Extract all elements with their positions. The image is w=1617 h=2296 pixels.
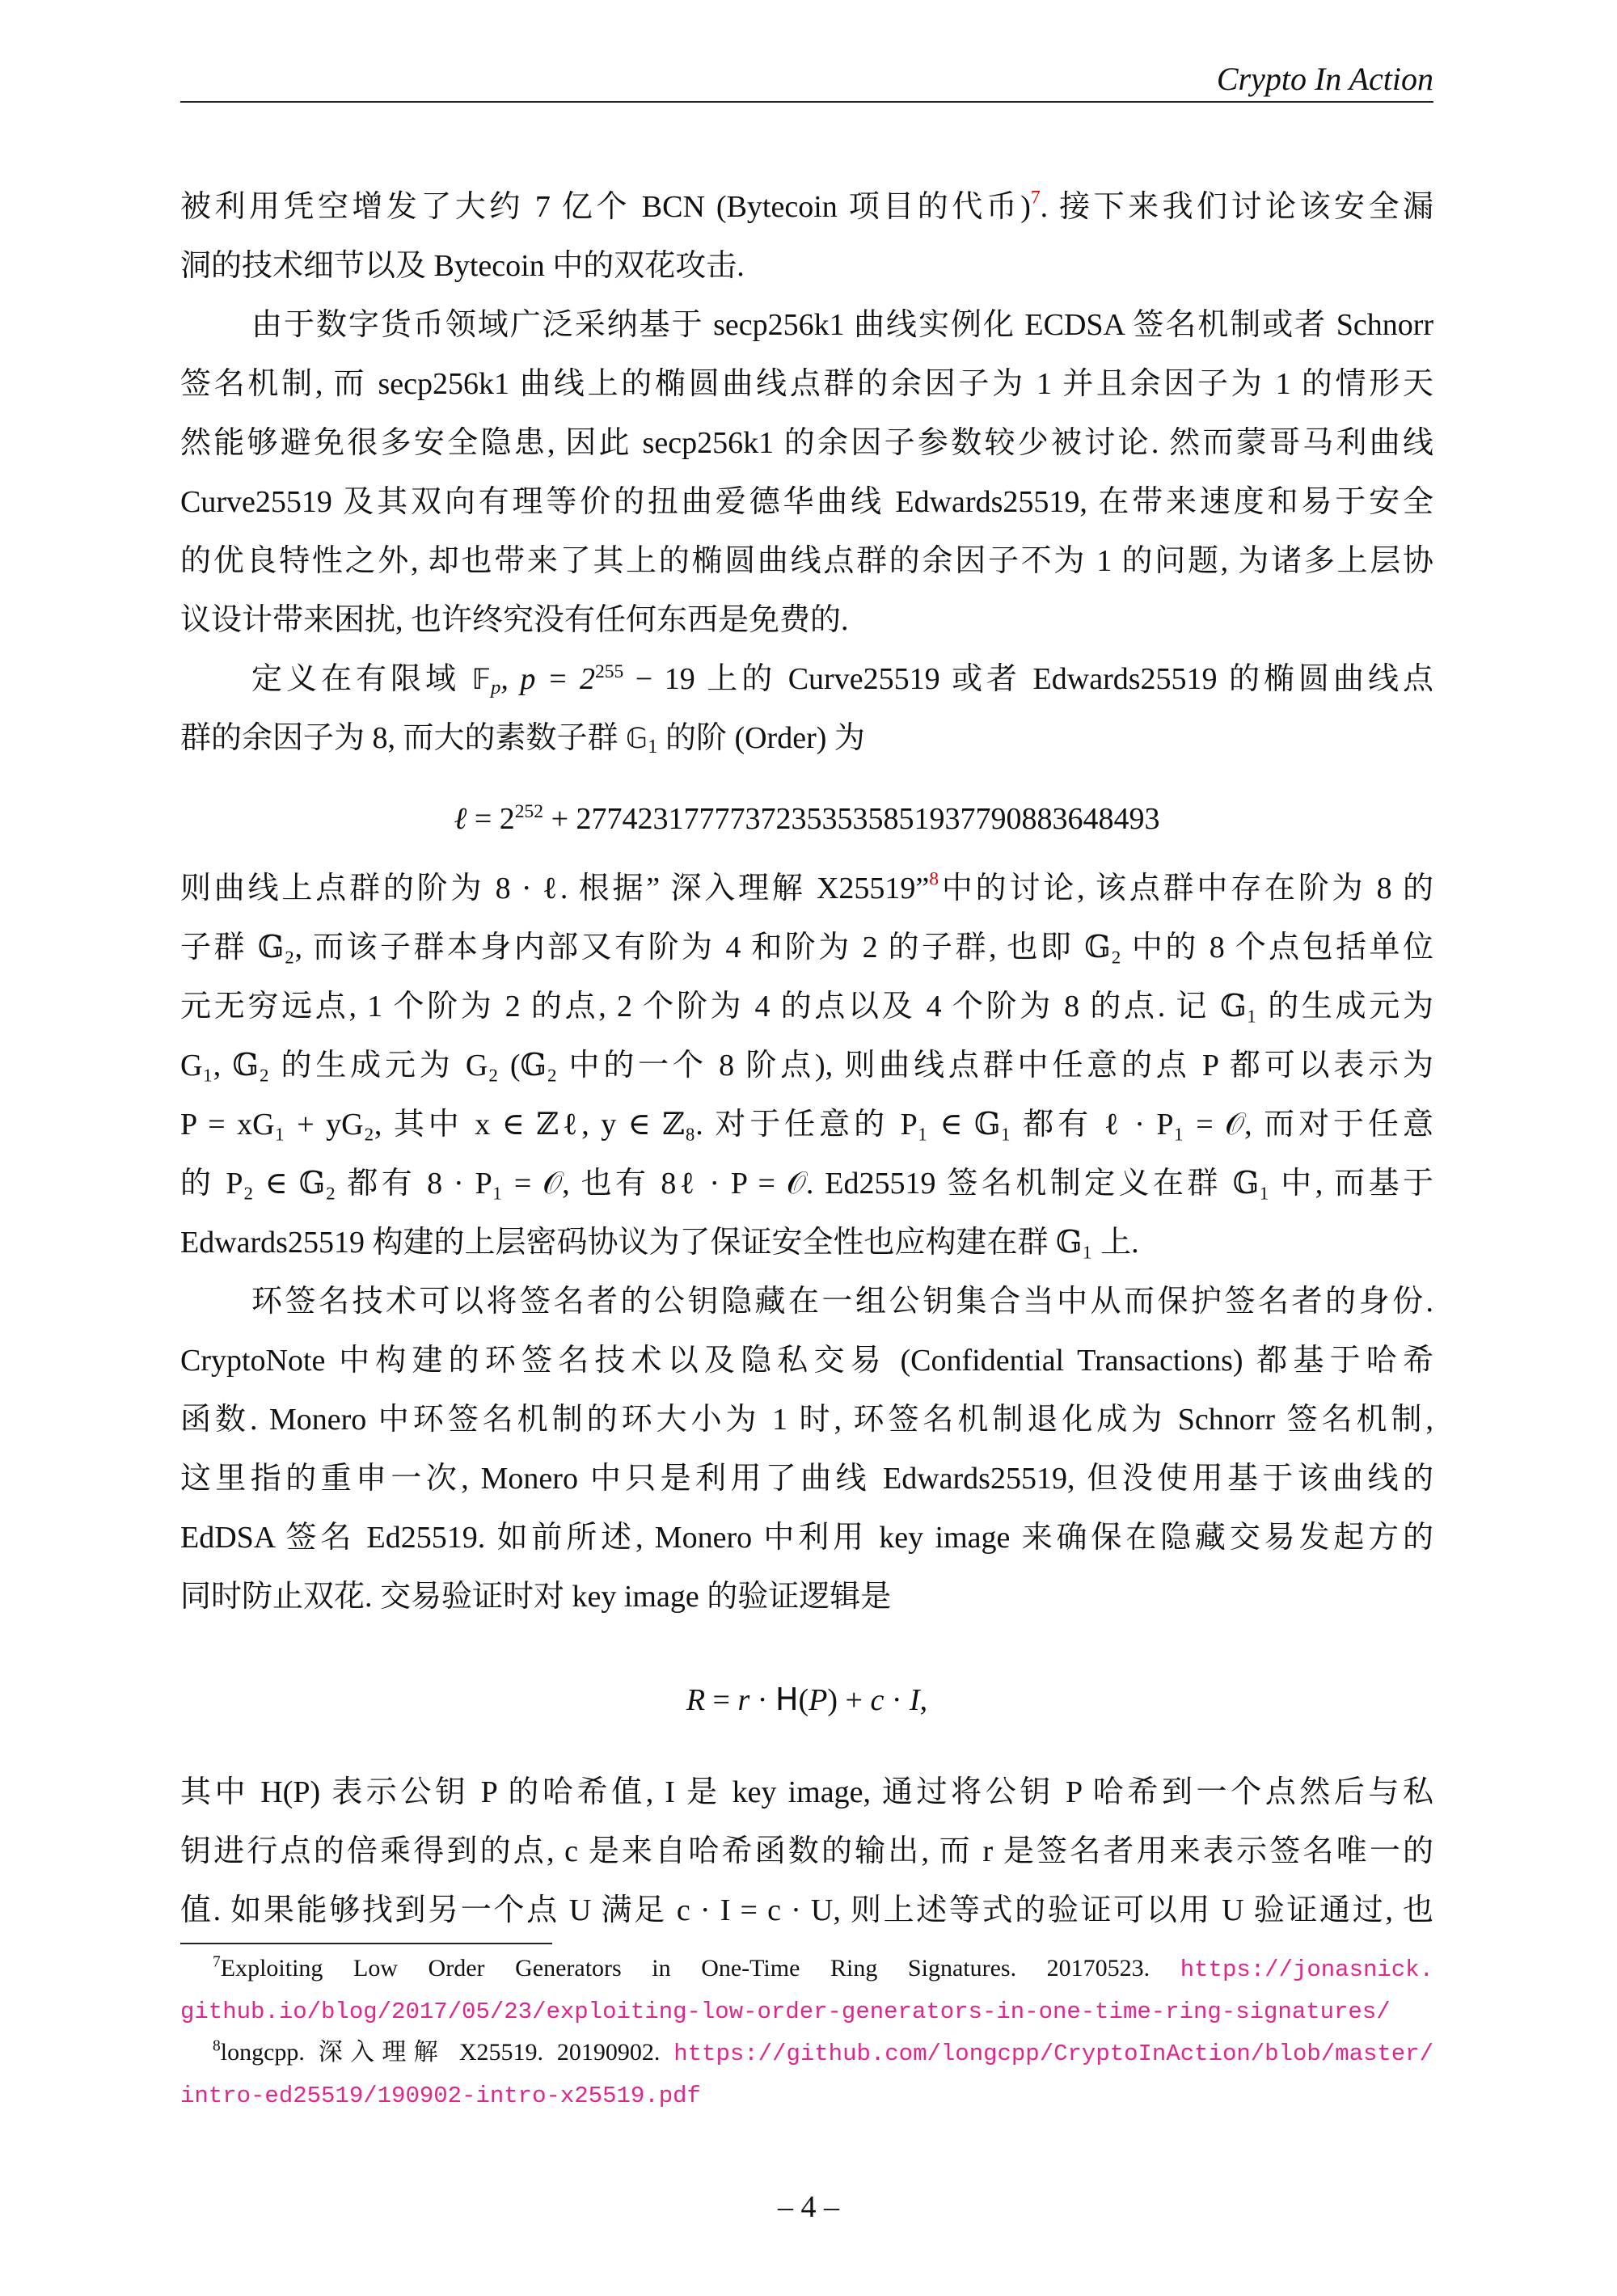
paragraph-4-line-2: 子群 𝔾₂, 而该子群本身内部又有阶为 4 和阶为 2 的子群, 也即 𝔾₂ 中… <box>180 923 1433 972</box>
math-R: R <box>686 1683 705 1717</box>
document-page: Crypto In Action 被利用凭空增发了大约 7 亿个 BCN (By… <box>0 0 1617 2296</box>
math-field-F: 𝔽 <box>471 664 491 696</box>
footnote-7-line-2: github.io/blog/2017/05/23/exploiting-low… <box>180 1992 1433 2029</box>
footnote-ref-8[interactable]: 8 <box>929 869 939 890</box>
text-run: 的阶 (Order) 为 <box>657 721 864 755</box>
footnote-8-line-2: intro-ed25519/190902-intro-x25519.pdf <box>180 2076 1433 2113</box>
paragraph-2-line-2: 签名机制, 而 secp256k1 曲线上的椭圆曲线点群的余因子为 1 并且余因… <box>180 360 1433 408</box>
math-exponent: 252 <box>515 801 543 822</box>
math-subscript: p <box>491 677 500 699</box>
paragraph-3-line-2: 群的余因子为 8, 而大的素数子群 𝔾1 的阶 (Order) 为 <box>180 714 1433 762</box>
math-p: , p = 2 <box>500 662 595 696</box>
paragraph-4-line-3: 元无穷远点, 1 个阶为 2 的点, 2 个阶为 4 的点以及 4 个阶为 8 … <box>180 982 1433 1031</box>
footnote-ref-7[interactable]: 7 <box>1031 188 1041 209</box>
text-run: 群的余因子为 8, 而大的素数子群 <box>180 721 626 755</box>
paragraph-4-line-1: 则曲线上点群的阶为 8 · ℓ. 根据” 深入理解 X25519”8中的讨论, … <box>180 864 1433 913</box>
footnote-mark: 8 <box>213 2037 221 2054</box>
paragraph-2-line-1: 由于数字货币领域广泛采纳基于 secp256k1 曲线实例化 ECDSA 签名机… <box>180 301 1433 349</box>
math-I: I <box>910 1683 920 1717</box>
equation-order-ell: ℓ = 2252 + 27742317777372353535851937790… <box>180 795 1433 843</box>
paragraph-4-line-6: 的 P₂ ∈ 𝔾₂ 都有 8 · P₁ = 𝒪, 也有 8ℓ · P = 𝒪. … <box>180 1159 1433 1208</box>
equation-key-image-verification: R = r · H(P) + c · I, <box>180 1675 1433 1724</box>
math-exponent: 255 <box>595 661 623 682</box>
math-rhs: + 27742317777372353535851937790883648493 <box>543 802 1159 836</box>
paragraph-2-line-4: Curve25519 及其双向有理等价的扭曲爱德华曲线 Edwards25519… <box>180 478 1433 526</box>
text-run: 定义在有限域 <box>251 662 471 696</box>
math-comma: , <box>920 1683 928 1717</box>
paragraph-6-line-3: 值. 如果能够找到另一个点 U 满足 c · I = c · U, 则上述等式的… <box>180 1886 1433 1935</box>
math-eq: = <box>705 1683 737 1717</box>
paragraph-5-line-5: EdDSA 签名 Ed25519. 如前所述, Monero 中利用 key i… <box>180 1513 1433 1562</box>
paragraph-5-line-3: 函数. Monero 中环签名机制的环大小为 1 时, 环签名机制退化成为 Sc… <box>180 1395 1433 1444</box>
paragraph-2-line-5: 的优良特性之外, 却也带来了其上的椭圆曲线点群的余因子不为 1 的问题, 为诸多… <box>180 537 1433 585</box>
running-header-title: Crypto In Action <box>180 57 1433 102</box>
footnote-8-link[interactable]: https://github.com/longcpp/CryptoInActio… <box>673 2041 1433 2067</box>
footnote-text: Exploiting Low Order Generators in One-T… <box>221 1955 1180 1982</box>
text-run: 则曲线上点群的阶为 8 · ℓ. 根据” 深入理解 X25519” <box>180 872 929 905</box>
math-group-G: 𝔾 <box>626 723 648 755</box>
paragraph-4-line-5: P = xG₁ + yG₂, 其中 x ∈ ℤℓ, y ∈ ℤ₈. 对于任意的 … <box>180 1100 1433 1149</box>
paragraph-2-line-6: 议设计带来困扰, 也许终究没有任何东西是免费的. <box>180 596 1433 644</box>
paragraph-5-line-1: 环签名技术可以将签名者的公钥隐藏在一组公钥集合当中从而保护签名者的身份. <box>180 1277 1433 1326</box>
paragraph-6-line-1: 其中 H(P) 表示公钥 P 的哈希值, I 是 key image, 通过将公… <box>180 1768 1433 1817</box>
math-dot: · <box>884 1683 910 1717</box>
footnote-7-link[interactable]: https://jonasnick. <box>1180 1956 1433 1983</box>
paragraph-1-line-2: 洞的技术细节以及 Bytecoin 中的双花攻击. <box>180 242 1433 290</box>
math-eq: = 2 <box>467 802 514 836</box>
math-P: P <box>808 1683 827 1717</box>
footnote-text: longcpp. 深入理解 X25519. 20190902. <box>221 2039 673 2066</box>
math-hash-H: H <box>775 1682 799 1717</box>
paragraph-5-line-4: 这里指的重申一次, Monero 中只是利用了曲线 Edwards25519, … <box>180 1454 1433 1503</box>
paragraph-1-line-1: 被利用凭空增发了大约 7 亿个 BCN (Bytecoin 项目的代币)7. 接… <box>180 183 1433 231</box>
paragraph-5-line-6: 同时防止双花. 交易验证时对 key image 的验证逻辑是 <box>180 1572 1433 1621</box>
paragraph-5-line-2: CryptoNote 中构建的环签名技术以及隐私交易 (Confidential… <box>180 1336 1433 1385</box>
math-ell: ℓ <box>454 802 467 836</box>
math-r: r <box>737 1683 749 1717</box>
text-run: 被利用凭空增发了大约 7 亿个 BCN (Bytecoin 项目的代币) <box>180 190 1031 224</box>
footnote-8-link-continued[interactable]: intro-ed25519/190902-intro-x25519.pdf <box>180 2083 701 2109</box>
paragraph-4-line-7: Edwards25519 构建的上层密码协议为了保证安全性也应构建在群 𝔾₁ 上… <box>180 1218 1433 1267</box>
text-run: . 接下来我们讨论该安全漏 <box>1041 190 1433 224</box>
math-dot: · <box>749 1683 775 1717</box>
text-run: 中的讨论, 该点群中存在阶为 8 的 <box>939 872 1433 905</box>
math-plus: + <box>838 1683 870 1717</box>
footnote-mark: 7 <box>213 1953 221 1970</box>
page-number: – 4 – <box>0 2183 1617 2231</box>
paragraph-2-line-3: 然能够避免很多安全隐患, 因此 secp256k1 的余因子参数较少被讨论. 然… <box>180 419 1433 467</box>
math-paren: ) <box>827 1683 838 1717</box>
paragraph-4-line-4: G₁, 𝔾₂ 的生成元为 G₂ (𝔾₂ 中的一个 8 阶点), 则曲线点群中任意… <box>180 1041 1433 1090</box>
footnote-8-line-1: 8longcpp. 深入理解 X25519. 20190902. https:/… <box>180 2034 1433 2071</box>
math-subscript: 1 <box>648 736 657 758</box>
text-run: − 19 上的 Curve25519 或者 Edwards25519 的椭圆曲线… <box>623 662 1433 696</box>
footnote-7-link-continued[interactable]: github.io/blog/2017/05/23/exploiting-low… <box>180 1998 1391 2025</box>
paragraph-3-line-1: 定义在有限域 𝔽p, p = 2255 − 19 上的 Curve25519 或… <box>180 655 1433 703</box>
footnote-7-line-1: 7Exploiting Low Order Generators in One-… <box>180 1950 1433 1987</box>
footnote-rule <box>180 1943 552 1944</box>
paragraph-6-line-2: 钥进行点的倍乘得到的点, c 是来自哈希函数的输出, 而 r 是签名者用来表示签… <box>180 1827 1433 1876</box>
math-c: c <box>870 1683 884 1717</box>
header-rule <box>180 101 1433 103</box>
math-paren: ( <box>799 1683 809 1717</box>
